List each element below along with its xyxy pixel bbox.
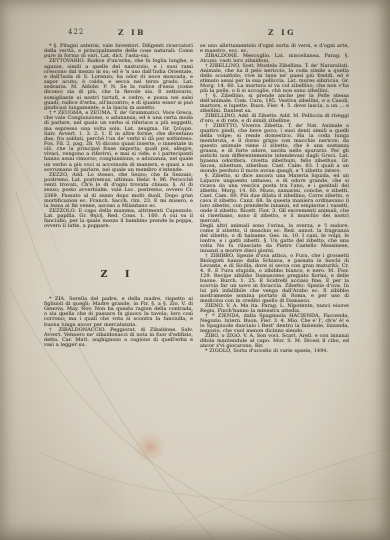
running-head-right: Z IG — [268, 28, 296, 37]
page-header: 422 Z IB Z IG — [0, 28, 390, 40]
dictionary-paragraph: † ZIBIBBO, Spezie d'uva attica, o Fura, … — [200, 254, 349, 304]
dictionary-paragraph: † ZIBETTO, Viverra Zibetta. T. de' Nat. … — [200, 124, 349, 174]
dictionary-paragraph: * ZIGOLO, Sorta d'uccello di varie spezi… — [200, 349, 349, 354]
dictionary-paragraph: * ZIA. Sorella del padre, e della madre,… — [44, 297, 193, 328]
dictionary-paragraph: † §. Zibellino, si prende anche per la P… — [200, 94, 349, 114]
dictionary-paragraph: ZEZZOLO. Il capo della mamma; altrimenti… — [44, 209, 193, 230]
text-column-right: se uno allettamentolo d'ogni sorta di ve… — [200, 44, 349, 354]
text-column-left: * §. Pitagni asterisi, vale Inventori. D… — [44, 44, 193, 348]
running-head-left: Z IB — [118, 28, 146, 37]
section-heading-zi: Z I — [44, 272, 193, 277]
dictionary-paragraph: ZETTOVARIO. Radice d'un'erba, che fa fog… — [44, 59, 193, 111]
scanned-book-page: 422 Z IB Z IG * §. Pitagni asterisi, val… — [0, 0, 390, 540]
dictionary-paragraph: † * ZEUGMA, e ZEUMA. T. de' Grammatici. … — [44, 111, 193, 173]
dictionary-paragraph: † ZIBELLINO, Sost. Mustela Zibellina. T.… — [200, 64, 349, 94]
dictionary-paragraph: ZEZZO, Add. Lo stesso, che Sezzo; che fa… — [44, 173, 193, 209]
dictionary-paragraph: Degli altri animali sono l'orina, la sve… — [200, 224, 349, 254]
page-number: 422 — [68, 28, 84, 36]
dictionary-paragraph: §. Zibetto, si dice ancora una Materia l… — [200, 174, 349, 224]
dictionary-paragraph: † * ZIENDA, dalla Spagnuola HACIENDA, Fa… — [200, 314, 349, 334]
dictionary-paragraph: ZIBO, o ZIGO. V. A. Son voci. Scart. Are… — [200, 334, 349, 349]
dictionary-paragraph: † ZIBALDONACCIO. Peggiorat. di Zibaldone… — [44, 328, 193, 349]
